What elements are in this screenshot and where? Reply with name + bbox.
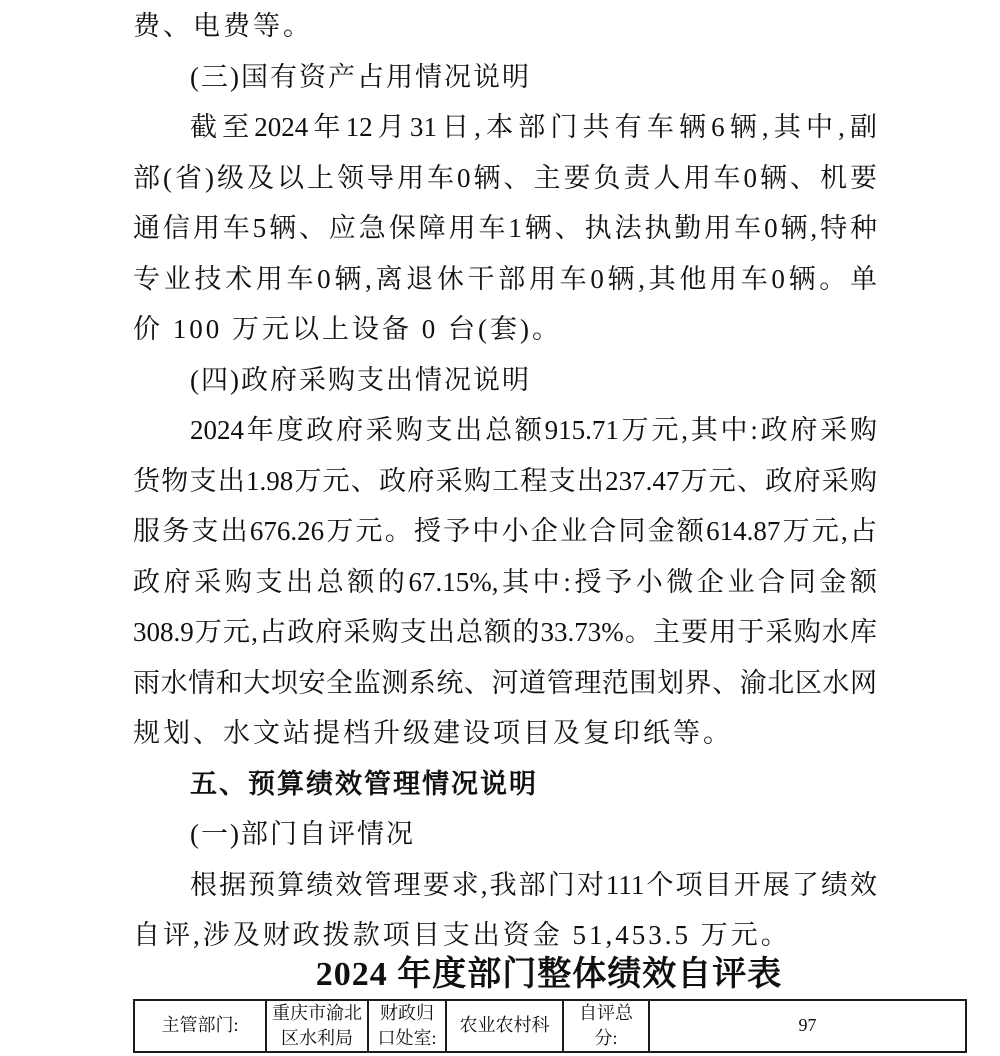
body-line: 规划、水文站提档升级建设项目及复印纸等。	[133, 708, 877, 759]
document-page: 费、电费等。 (三)国有资产占用情况说明 截至2024年12月31日,本部门共有…	[0, 0, 1000, 1056]
body-line: 根据预算绩效管理要求,我部门对111个项目开展了绩效	[133, 860, 877, 911]
body-line: 截至2024年12月31日,本部门共有车辆6辆,其中,副	[133, 102, 877, 153]
supervisor-value-cell: 重庆市渝北区水利局	[266, 1000, 368, 1052]
section-heading-3: (三)国有资产占用情况说明	[133, 52, 877, 103]
body-line: 2024年度政府采购支出总额915.71万元,其中:政府采购	[133, 405, 877, 456]
supervisor-label-cell: 主管部门:	[134, 1000, 266, 1052]
body-line: 308.9万元,占政府采购支出总额的33.73%。主要用于采购水库	[133, 607, 877, 658]
body-line: 专业技术用车0辆,离退休干部用车0辆,其他用车0辆。单	[133, 254, 877, 305]
body-line: 货物支出1.98万元、政府采购工程支出237.47万元、政府采购	[133, 456, 877, 507]
self-score-value-cell: 97	[649, 1000, 966, 1052]
body-line: 自评,涉及财政拨款项目支出资金 51,453.5 万元。	[133, 910, 877, 961]
body-line: 政府采购支出总额的67.15%,其中:授予小微企业合同金额	[133, 557, 877, 608]
section-heading-4: (四)政府采购支出情况说明	[133, 355, 877, 406]
chapter-heading-5: 五、预算绩效管理情况说明	[133, 759, 877, 810]
table-title: 2024 年度部门整体绩效自评表	[133, 957, 965, 995]
body-line: 雨水情和大坝安全监测系统、河道管理范围划界、渝北区水网	[133, 658, 877, 709]
body-line: 价 100 万元以上设备 0 台(套)。	[133, 304, 877, 355]
body-line: 部(省)级及以上领导用车0辆、主要负责人用车0辆、机要	[133, 153, 877, 204]
finance-office-label-cell: 财政归口处室:	[368, 1000, 446, 1052]
document-body: 费、电费等。 (三)国有资产占用情况说明 截至2024年12月31日,本部门共有…	[133, 0, 877, 961]
self-score-label-cell: 自评总分:	[563, 1000, 649, 1052]
table-row: 主管部门: 重庆市渝北区水利局 财政归口处室: 农业农村科 自评总分: 97	[134, 1000, 966, 1052]
self-evaluation-table: 主管部门: 重庆市渝北区水利局 财政归口处室: 农业农村科 自评总分: 97	[133, 999, 967, 1053]
body-line: 服务支出676.26万元。授予中小企业合同金额614.87万元,占	[133, 506, 877, 557]
subsection-heading-1: (一)部门自评情况	[133, 809, 877, 860]
finance-office-value-cell: 农业农村科	[446, 1000, 563, 1052]
body-line: 费、电费等。	[133, 1, 877, 52]
body-line: 通信用车5辆、应急保障用车1辆、执法执勤用车0辆,特种	[133, 203, 877, 254]
